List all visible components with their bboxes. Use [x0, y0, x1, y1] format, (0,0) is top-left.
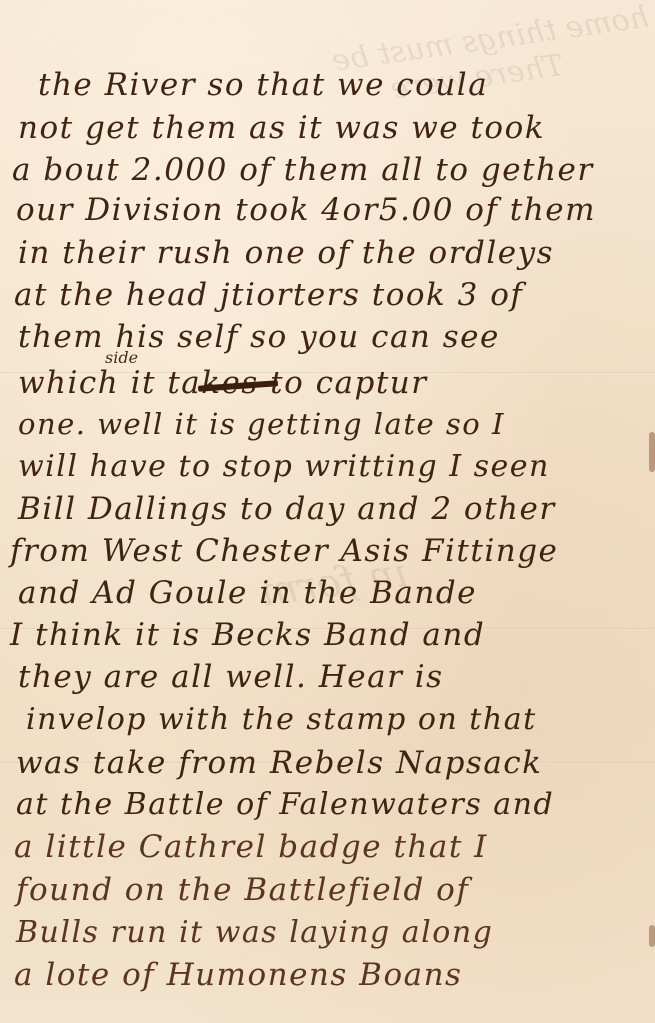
handwritten-line: the River so that we coula	[38, 70, 488, 101]
ink-stain	[649, 925, 655, 947]
handwritten-line: Bulls run it was laying along	[16, 918, 493, 948]
handwritten-line: at the Battle of Falenwaters and	[16, 790, 554, 820]
handwritten-line: invelop with the stamp on that	[26, 705, 537, 735]
handwritten-line: a bout 2.000 of them all to gether	[12, 155, 594, 186]
handwritten-line: them his self so you can see	[18, 322, 500, 353]
handwritten-line: one. well it is getting late so I	[18, 410, 505, 439]
handwritten-line: and Ad Goule in the Bande	[18, 578, 477, 609]
handwritten-line: at the head jtiorters took 3 of	[14, 280, 523, 311]
letter-page: have got home things must be There were …	[0, 0, 655, 1023]
handwritten-line: was take from Rebels Napsack	[16, 748, 542, 779]
handwritten-line: will have to stop writting I seen	[18, 452, 550, 482]
handwritten-line: from West Chester Asis Fittinge	[10, 536, 558, 567]
ink-stain	[649, 432, 655, 472]
handwritten-line: our Division took 4or5.00 of them	[16, 195, 596, 226]
handwritten-line: a little Cathrel badge that I	[14, 832, 488, 863]
handwritten-line: a lote of Humonens Boans	[14, 960, 462, 991]
handwritten-line: they are all well. Hear is	[18, 662, 444, 693]
handwritten-line: Bill Dallings to day and 2 other	[18, 494, 556, 525]
handwritten-line: in their rush one of the ordleys	[18, 238, 554, 269]
handwritten-line: found on the Battlefield of	[16, 875, 469, 906]
handwritten-line: not get them as it was we took	[18, 113, 545, 144]
handwritten-line: I think it is Becks Band and	[10, 620, 485, 651]
